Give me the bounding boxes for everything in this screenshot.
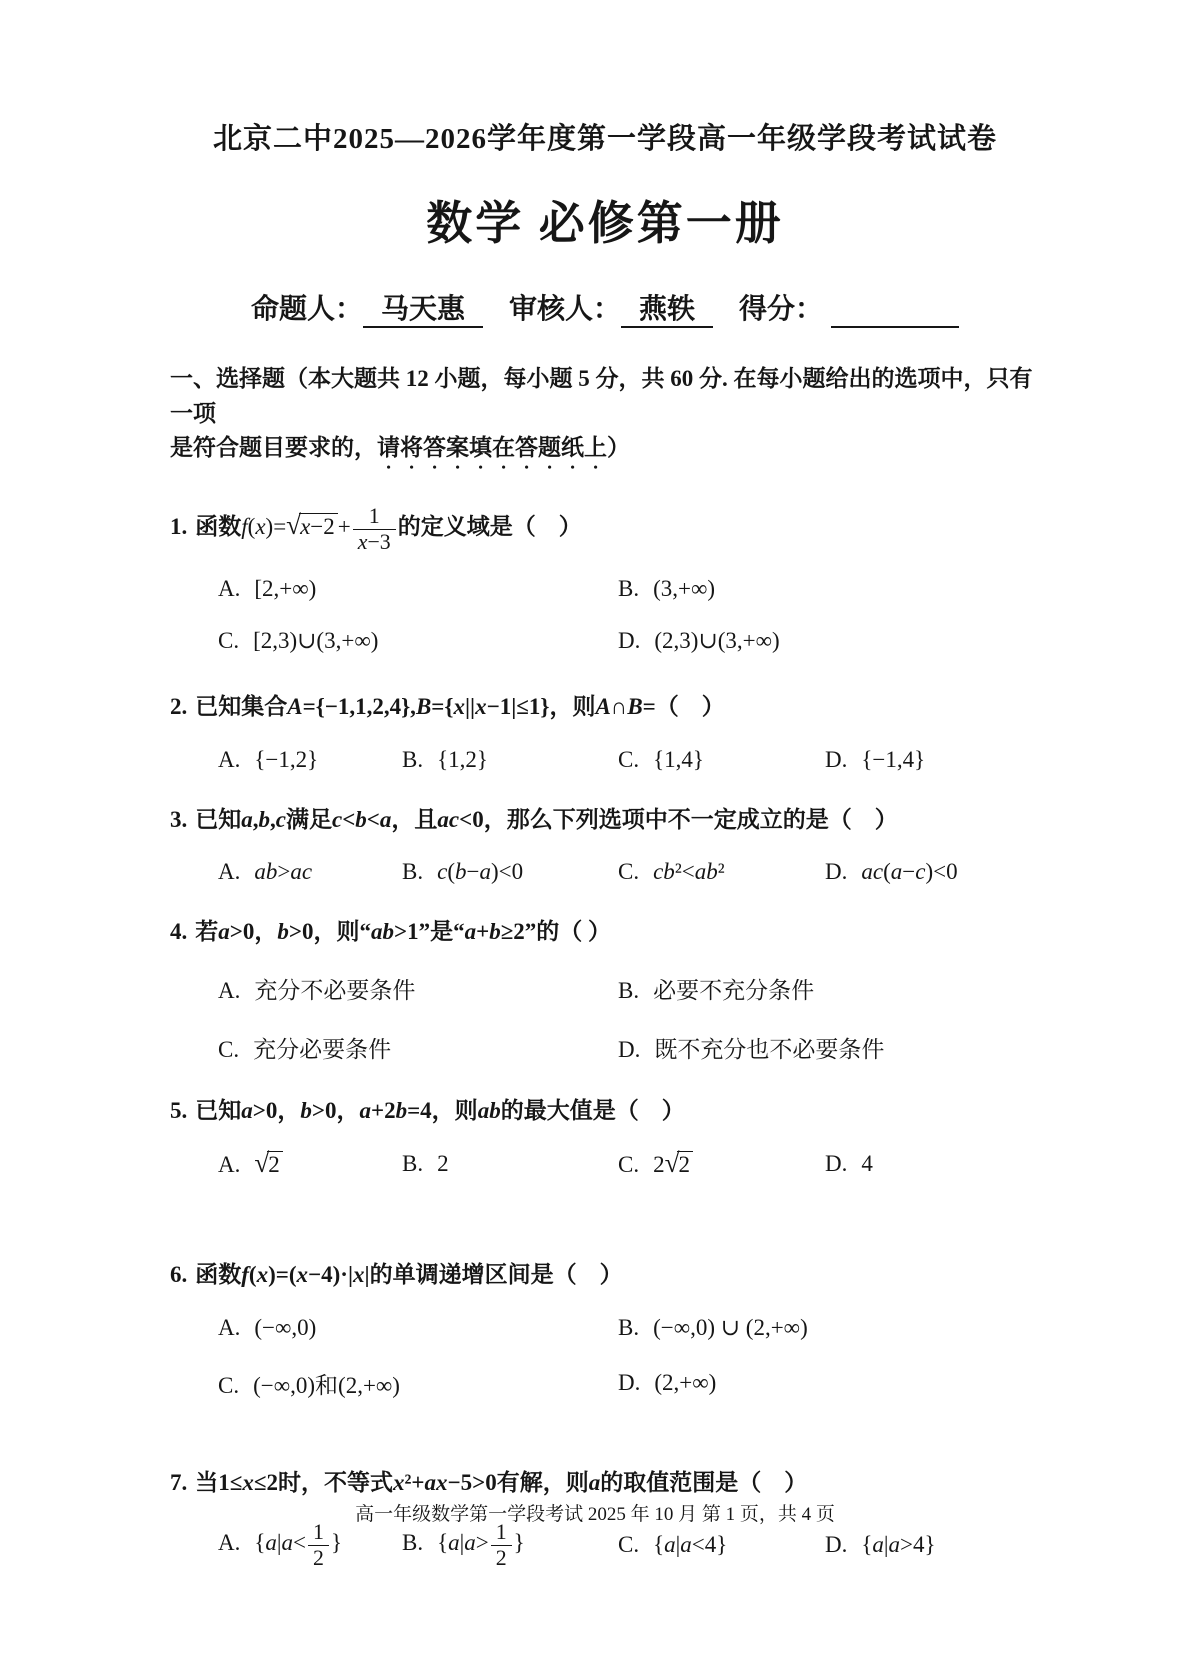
option-label: A. [218, 1315, 240, 1340]
q1-stem-pre: 函数 [195, 514, 241, 539]
option-text: 既不充分也不必要条件 [654, 1037, 884, 1062]
option-label: D. [825, 747, 847, 772]
option-d: D.{−1,4} [825, 747, 1040, 773]
fraction: 1x−3 [353, 504, 396, 554]
question-3: 3.已知a,b,c满足c<b<a，且ac<0，那么下列选项中不一定成立的是（ ） [170, 803, 1040, 838]
option-label: D. [825, 1151, 847, 1176]
q1-options-row1: A.[2,+∞) B.(3,+∞) [170, 576, 1040, 602]
option-d: D.4 [825, 1151, 1040, 1177]
square-root: √x−2 [286, 510, 338, 545]
q3-options: A.ab>ac B.c(b−a)<0 C.cb²<ab² D.ac(a−c)<0 [170, 859, 1040, 885]
option-d: D.{a|a>4} [825, 1532, 1040, 1558]
option-b: B.c(b−a)<0 [402, 859, 618, 885]
q1-plus: + [338, 514, 351, 539]
option-text: [2,+∞) [254, 576, 316, 601]
score-label: 得分： [739, 294, 823, 325]
q5-stem: 已知a>0，b>0，a+2b=4，则ab的最大值是（ ） [195, 1098, 684, 1123]
option-text: 充分不必要条件 [254, 978, 415, 1003]
q5-options: A.√2 B.2 C.2√2 D.4 [170, 1150, 1040, 1178]
subject-title: 数学 必修第一册 [170, 187, 1040, 253]
option-text: 4 [861, 1151, 873, 1176]
option-d: D.(2,+∞) [618, 1370, 1040, 1396]
option-a: A.ab>ac [218, 859, 402, 885]
fraction-denominator: 2 [491, 1546, 512, 1570]
option-b: B.2 [402, 1151, 618, 1177]
option-label: D. [825, 1532, 847, 1557]
reviewer-label: 审核人： [509, 294, 621, 325]
score-blank-line [831, 296, 959, 328]
option-text: {a|a> [437, 1530, 489, 1555]
school-header: 北京二中2025—2026学年度第一学段高一年级学段考试试卷 [170, 116, 1040, 157]
option-label: C. [618, 859, 639, 884]
option-label: A. [218, 576, 240, 601]
option-b: B.必要不充分条件 [618, 972, 1040, 1005]
option-label: D. [618, 628, 640, 653]
option-text: } [514, 1530, 525, 1555]
option-text: cb²<ab² [653, 859, 725, 884]
reviewer-name: 燕轶 [621, 294, 713, 328]
option-label: C. [218, 1373, 239, 1398]
option-label: C. [618, 1152, 639, 1177]
option-label: D. [618, 1370, 640, 1395]
q2-number: 2. [170, 694, 187, 719]
option-text: {a|a<4} [653, 1532, 727, 1557]
option-text: (−∞,0) ∪ (2,+∞) [653, 1315, 808, 1340]
option-b: B.(3,+∞) [618, 576, 1040, 602]
option-label: B. [402, 1151, 423, 1176]
q7-options: A.{a|a<12} B.{a|a>12} C.{a|a<4} D.{a|a>4… [170, 1520, 1040, 1570]
option-c: C.充分必要条件 [218, 1031, 618, 1064]
option-text: 充分必要条件 [253, 1037, 391, 1062]
option-label: B. [618, 978, 639, 1003]
section-line2-emphasis: 请将答案填在答题纸上 [377, 435, 607, 460]
q7-stem: 当1≤x≤2时，不等式x²+ax−5>0有解，则a的取值范围是（ ） [195, 1470, 807, 1495]
fraction: 12 [308, 1520, 329, 1570]
option-label: C. [218, 628, 239, 653]
option-a: A.{−1,2} [218, 747, 402, 773]
option-label: A. [218, 978, 240, 1003]
option-b: B.{1,2} [402, 747, 618, 773]
q4-stem: 若a>0，b>0，则“ab>1”是“a+b≥2”的（ ） [195, 919, 611, 944]
option-a: A.(−∞,0) [218, 1315, 618, 1341]
q6-stem: 函数f(x)=(x−4)·|x|的单调递增区间是（ ） [195, 1262, 622, 1287]
setter-name: 马天惠 [363, 294, 483, 328]
option-text: c(b−a)<0 [437, 859, 523, 884]
option-c: C.{1,4} [618, 747, 825, 773]
option-text: (−∞,0) [254, 1315, 316, 1340]
q1-fx: f(x)= [241, 514, 286, 539]
question-5: 5.已知a>0，b>0，a+2b=4，则ab的最大值是（ ） [170, 1094, 1040, 1129]
q6-options-row2: C.(−∞,0)和(2,+∞) D.(2,+∞) [170, 1367, 1040, 1400]
question-4: 4.若a>0，b>0，则“ab>1”是“a+b≥2”的（ ） [170, 915, 1040, 950]
square-root: √2 [665, 1150, 693, 1178]
option-text: ab>ac [254, 859, 312, 884]
option-label: D. [825, 859, 847, 884]
byline: 命题人：马天惠审核人：燕轶得分： [170, 287, 1040, 328]
option-label: A. [218, 1530, 240, 1555]
option-c: C.(−∞,0)和(2,+∞) [218, 1367, 618, 1400]
option-text: {a|a< [254, 1530, 306, 1555]
q2-stem: 已知集合A={−1,1,2,4},B={x||x−1|≤1}，则A∩B=（ ） [195, 694, 725, 719]
option-label: A. [218, 859, 240, 884]
option-a: A.[2,+∞) [218, 576, 618, 602]
option-text: 必要不充分条件 [653, 978, 814, 1003]
option-c: C.{a|a<4} [618, 1532, 825, 1558]
fraction-denominator: 2 [308, 1546, 329, 1570]
option-label: C. [618, 747, 639, 772]
option-text: {1,4} [653, 747, 704, 772]
page-footer: 高一年级数学第一学段考试 2025 年 10 月 第 1 页，共 4 页 [0, 1499, 1190, 1526]
option-label: B. [618, 1315, 639, 1340]
option-d: D.ac(a−c)<0 [825, 859, 1040, 885]
option-c: C.cb²<ab² [618, 859, 825, 885]
question-7: 7.当1≤x≤2时，不等式x²+ax−5>0有解，则a的取值范围是（ ） [170, 1466, 1040, 1501]
option-a: A.√2 [218, 1150, 402, 1178]
option-label: B. [402, 747, 423, 772]
section-line2-prefix: 是符合题目要求的， [170, 435, 377, 460]
question-6: 6.函数f(x)=(x−4)·|x|的单调递增区间是（ ） [170, 1258, 1040, 1293]
option-text: (2,+∞) [654, 1370, 716, 1395]
setter-label: 命题人： [251, 294, 363, 325]
q4-options-row2: C.充分必要条件 D.既不充分也不必要条件 [170, 1031, 1040, 1064]
option-label: B. [618, 576, 639, 601]
option-a: A.{a|a<12} [218, 1520, 402, 1570]
option-label: C. [218, 1037, 239, 1062]
option-a: A.充分不必要条件 [218, 972, 618, 1005]
q6-number: 6. [170, 1262, 187, 1287]
option-text: 2 [677, 1151, 693, 1177]
q1-frac-den: x−3 [353, 530, 396, 554]
option-label: B. [402, 1530, 423, 1555]
q1-stem-post: 的定义域是（ ） [398, 514, 582, 539]
option-text: {a|a>4} [861, 1532, 935, 1557]
exam-page: 北京二中2025—2026学年度第一学段高一年级学段考试试卷 数学 必修第一册 … [0, 0, 1190, 1678]
option-label: C. [618, 1532, 639, 1557]
option-text: (3,+∞) [653, 576, 715, 601]
option-label: D. [618, 1037, 640, 1062]
option-b: B.{a|a>12} [402, 1520, 618, 1570]
section-line2: 是符合题目要求的，请将答案填在答题纸上） [170, 431, 1040, 474]
option-label: A. [218, 747, 240, 772]
q3-stem: 已知a,b,c满足c<b<a，且ac<0，那么下列选项中不一定成立的是（ ） [195, 807, 897, 832]
option-text: (−∞,0)和(2,+∞) [253, 1373, 400, 1398]
fraction: 12 [491, 1520, 512, 1570]
option-text: } [331, 1530, 342, 1555]
q3-number: 3. [170, 807, 187, 832]
option-text: 2 [437, 1151, 449, 1176]
option-text: [2,3)∪(3,+∞) [253, 628, 378, 653]
option-text: 2 [267, 1151, 283, 1177]
q4-options-row1: A.充分不必要条件 B.必要不充分条件 [170, 972, 1040, 1005]
option-b: B.(−∞,0) ∪ (2,+∞) [618, 1315, 1040, 1341]
q1-options-row2: C.[2,3)∪(3,+∞) D.(2,3)∪(3,+∞) [170, 628, 1040, 654]
option-d: D.(2,3)∪(3,+∞) [618, 628, 1040, 654]
q4-number: 4. [170, 919, 187, 944]
option-d: D.既不充分也不必要条件 [618, 1031, 1040, 1064]
option-text: ac(a−c)<0 [861, 859, 957, 884]
section-heading: 一、选择题（本大题共 12 小题，每小题 5 分，共 60 分. 在每小题给出的… [170, 362, 1040, 474]
q1-frac-num: 1 [353, 504, 396, 529]
option-c: C.2√2 [618, 1150, 825, 1178]
q6-options-row1: A.(−∞,0) B.(−∞,0) ∪ (2,+∞) [170, 1315, 1040, 1341]
option-text: {1,2} [437, 747, 488, 772]
section-line2-suffix: ） [607, 435, 630, 460]
section-line1: 一、选择题（本大题共 12 小题，每小题 5 分，共 60 分. 在每小题给出的… [170, 362, 1040, 431]
option-c: C.[2,3)∪(3,+∞) [218, 628, 618, 654]
option-text: (2,3)∪(3,+∞) [654, 628, 779, 653]
question-1: 1.函数f(x)=√x−2+1x−3的定义域是（ ） [170, 504, 1040, 554]
q5-number: 5. [170, 1098, 187, 1123]
square-root: √2 [254, 1150, 282, 1178]
option-text: {−1,2} [254, 747, 318, 772]
question-2: 2.已知集合A={−1,1,2,4},B={x||x−1|≤1}，则A∩B=（ … [170, 690, 1040, 725]
option-label: B. [402, 859, 423, 884]
q1-number: 1. [170, 514, 187, 539]
option-label: A. [218, 1152, 240, 1177]
option-text: {−1,4} [861, 747, 925, 772]
q2-options: A.{−1,2} B.{1,2} C.{1,4} D.{−1,4} [170, 747, 1040, 773]
q7-number: 7. [170, 1470, 187, 1495]
option-text: 2 [653, 1152, 665, 1177]
q1-radicand: x−2 [299, 513, 338, 539]
